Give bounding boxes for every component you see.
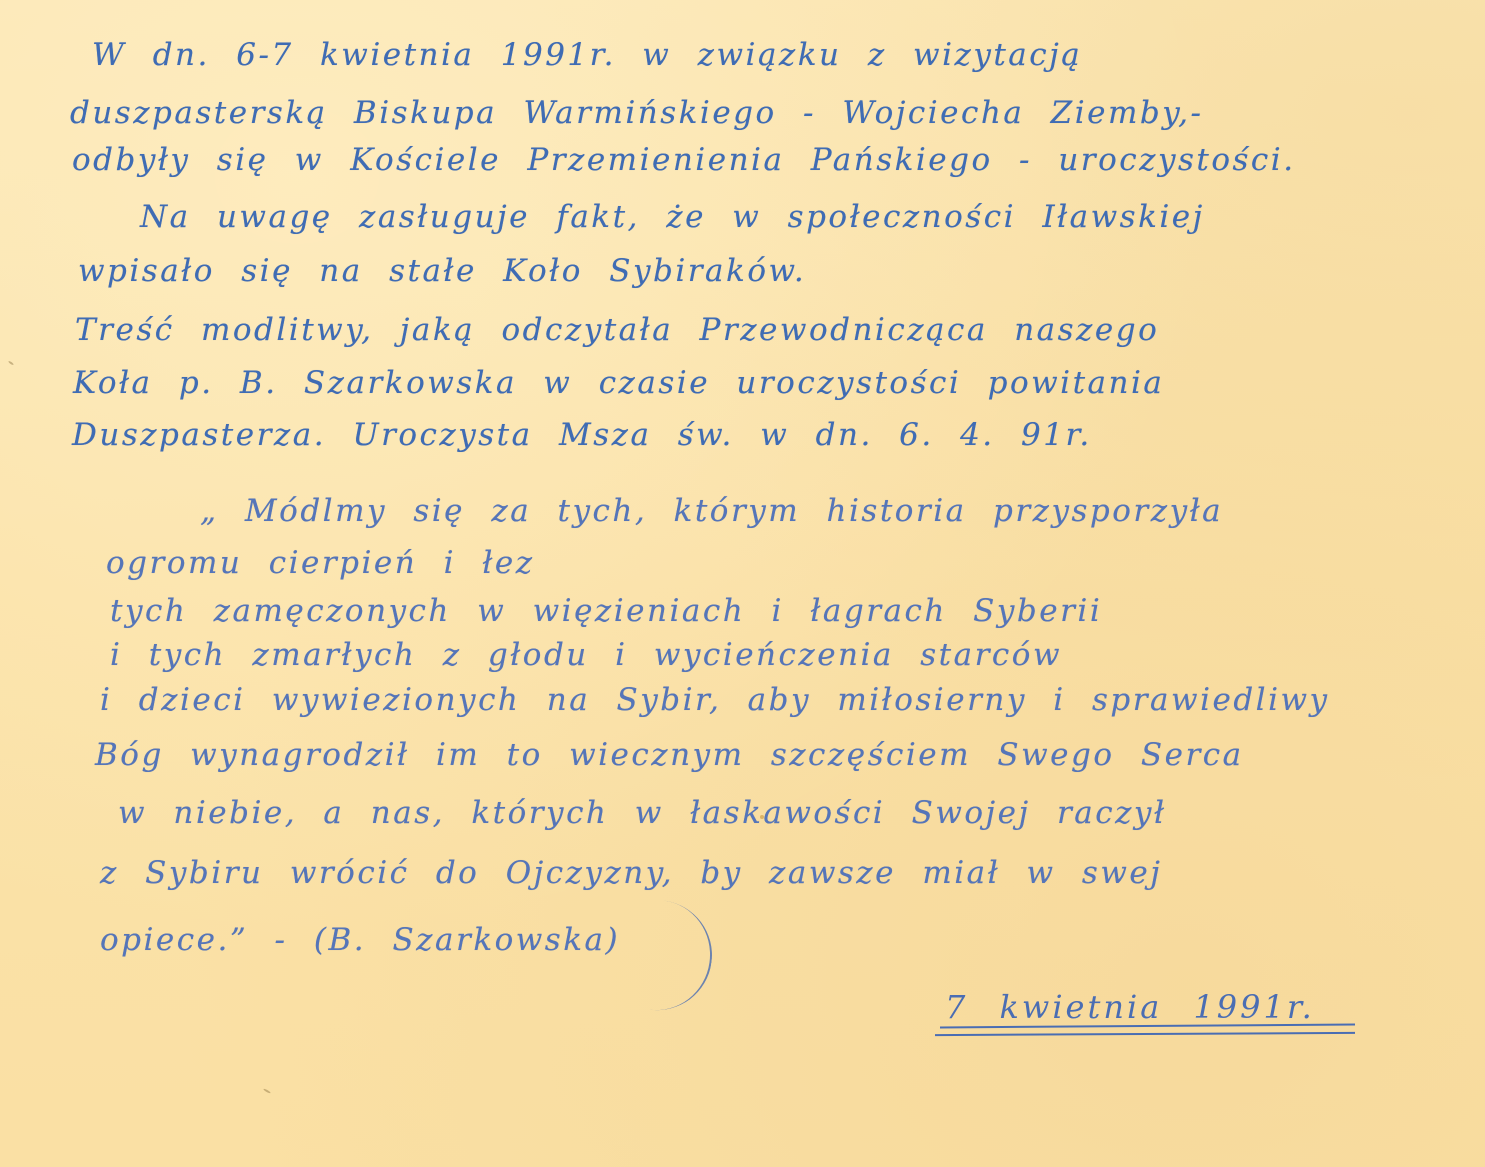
prayer-line: i dzieci wywiezionych na Sybir, aby miło… bbox=[100, 685, 1330, 716]
text-line: wpisało się na stałe Koło Sybiraków. bbox=[78, 256, 806, 287]
prayer-line: Bóg wynagrodził im to wiecznym szczęście… bbox=[95, 740, 1244, 771]
text-line: Koła p. B. Szarkowska w czasie uroczysto… bbox=[73, 368, 1164, 399]
text-line: duszpasterską Biskupa Warmińskiego - Woj… bbox=[70, 98, 1203, 129]
closing-parenthesis-stroke bbox=[593, 893, 719, 1018]
handwritten-page: W dn. 6-7 kwietnia 1991r. w związku z wi… bbox=[0, 0, 1485, 1167]
paper-speck bbox=[8, 360, 14, 365]
prayer-line: w niebie, a nas, których w łaskawości Sw… bbox=[118, 798, 1167, 829]
prayer-line: i tych zmarłych z głodu i wycieńczenia s… bbox=[110, 640, 1062, 671]
text-line: Na uwagę zasługuje fakt, że w społecznoś… bbox=[140, 202, 1205, 233]
text-line: Treść modlitwy, jaką odczytała Przewodni… bbox=[75, 315, 1159, 346]
prayer-line: tych zamęczonych w więzieniach i łagrach… bbox=[110, 596, 1102, 627]
prayer-line: z Sybiru wrócić do Ojczyzny, by zawsze m… bbox=[100, 858, 1162, 889]
closing-date: 7 kwietnia 1991r. bbox=[945, 988, 1315, 1026]
paper-speck bbox=[760, 815, 764, 819]
text-line: odbyły się w Kościele Przemienienia Pańs… bbox=[72, 145, 1296, 176]
paper-speck bbox=[263, 1088, 271, 1094]
prayer-line: opiece.” - (B. Szarkowska) bbox=[100, 925, 620, 956]
prayer-line: ogromu cierpień i łez bbox=[106, 548, 535, 579]
date-underline bbox=[935, 1032, 1355, 1036]
prayer-line: „ Módlmy się za tych, którym historia pr… bbox=[200, 496, 1223, 527]
text-line: W dn. 6-7 kwietnia 1991r. w związku z wi… bbox=[92, 40, 1082, 71]
text-line: Duszpasterza. Uroczysta Msza św. w dn. 6… bbox=[72, 420, 1092, 451]
